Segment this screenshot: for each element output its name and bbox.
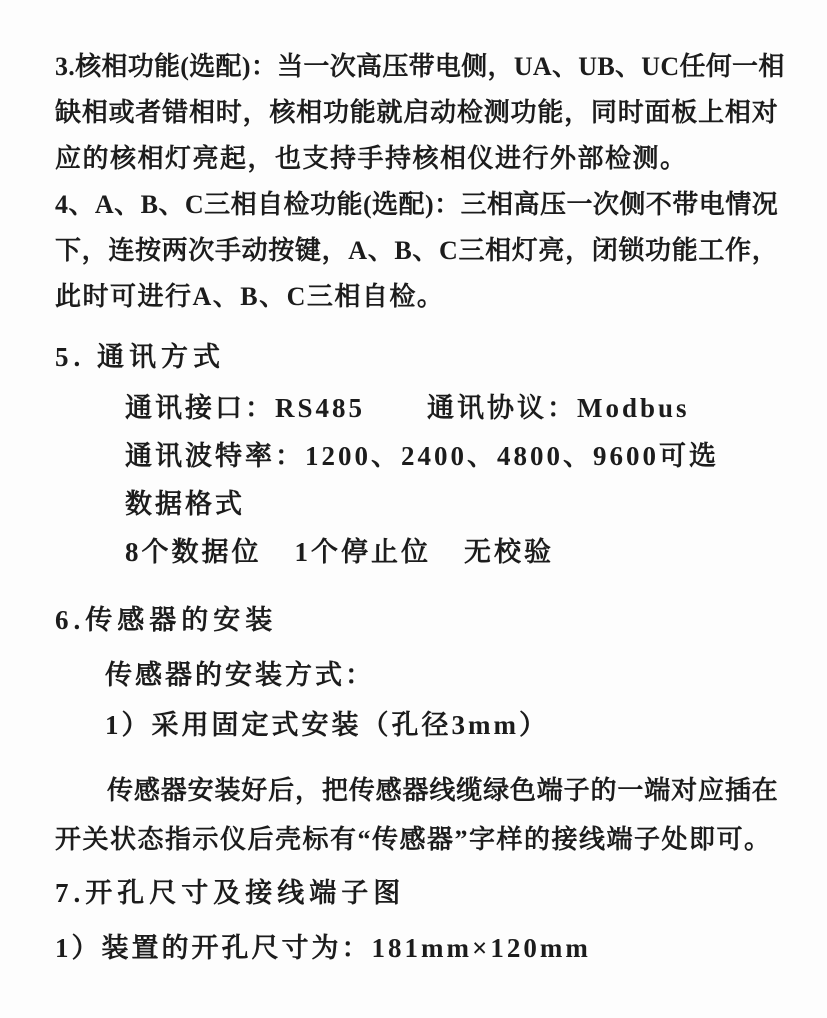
cutout-dimensions-item: 1）装置的开孔尺寸为：181mm×120mm (55, 925, 778, 971)
text-line: 应的核相灯亮起，也支持手持核相仪进行外部检测。 (55, 136, 778, 182)
paragraph-three-phase-self-check: 4、A、B、C三相自检功能(选配)：三相高压一次侧不带电情况下，连按两次手动按键… (55, 182, 778, 320)
comm-stop-bit: 1个停止位 (295, 537, 432, 567)
comm-data-format-title: 数据格式 (55, 481, 778, 527)
comm-parity: 无校验 (464, 537, 554, 567)
comm-data-format-row: 8个数据位1个停止位无校验 (55, 529, 778, 575)
comm-interface-value: 通讯接口：RS485 (125, 393, 365, 423)
comm-protocol-value: 通讯协议：Modbus (427, 393, 690, 423)
text-line: 开关状态指示仪后壳标有“传感器”字样的接线端子处即可。 (55, 815, 778, 864)
manual-document-page: 3.核相功能(选配)：当一次高压带电侧，UA、UB、UC任何一相缺相或者错相时，… (0, 0, 827, 1018)
text-line: 缺相或者错相时，核相功能就启动检测功能，同时面板上相对 (55, 90, 778, 136)
text-line: 此时可进行A、B、C三相自检。 (55, 274, 778, 320)
text-line: 传感器安装好后，把传感器线缆绿色端子的一端对应插在 (55, 766, 778, 815)
heading-communication-mode: 5. 通讯方式 (55, 334, 778, 380)
comm-baud-rate: 通讯波特率：1200、2400、4800、9600可选 (55, 433, 778, 479)
paragraph-sensor-wiring-note: 传感器安装好后，把传感器线缆绿色端子的一端对应插在开关状态指示仪后壳标有“传感器… (55, 766, 778, 864)
text-line: 3.核相功能(选配)：当一次高压带电侧，UA、UB、UC任何一相 (55, 44, 778, 90)
text-line: 4、A、B、C三相自检功能(选配)：三相高压一次侧不带电情况 (55, 182, 778, 228)
heading-sensor-installation: 6.传感器的安装 (55, 597, 778, 643)
heading-cutout-and-terminal-diagram: 7.开孔尺寸及接线端子图 (55, 870, 778, 916)
comm-interface-row: 通讯接口：RS485通讯协议：Modbus (55, 385, 778, 431)
sensor-install-method-title: 传感器的安装方式： (55, 652, 778, 698)
text-line: 下，连按两次手动按键，A、B、C三相灯亮，闭锁功能工作， (55, 228, 778, 274)
sensor-install-method-item: 1）采用固定式安装（孔径3mm） (55, 702, 778, 748)
comm-data-bits: 8个数据位 (125, 537, 262, 567)
paragraph-phase-check-function: 3.核相功能(选配)：当一次高压带电侧，UA、UB、UC任何一相缺相或者错相时，… (55, 44, 778, 182)
